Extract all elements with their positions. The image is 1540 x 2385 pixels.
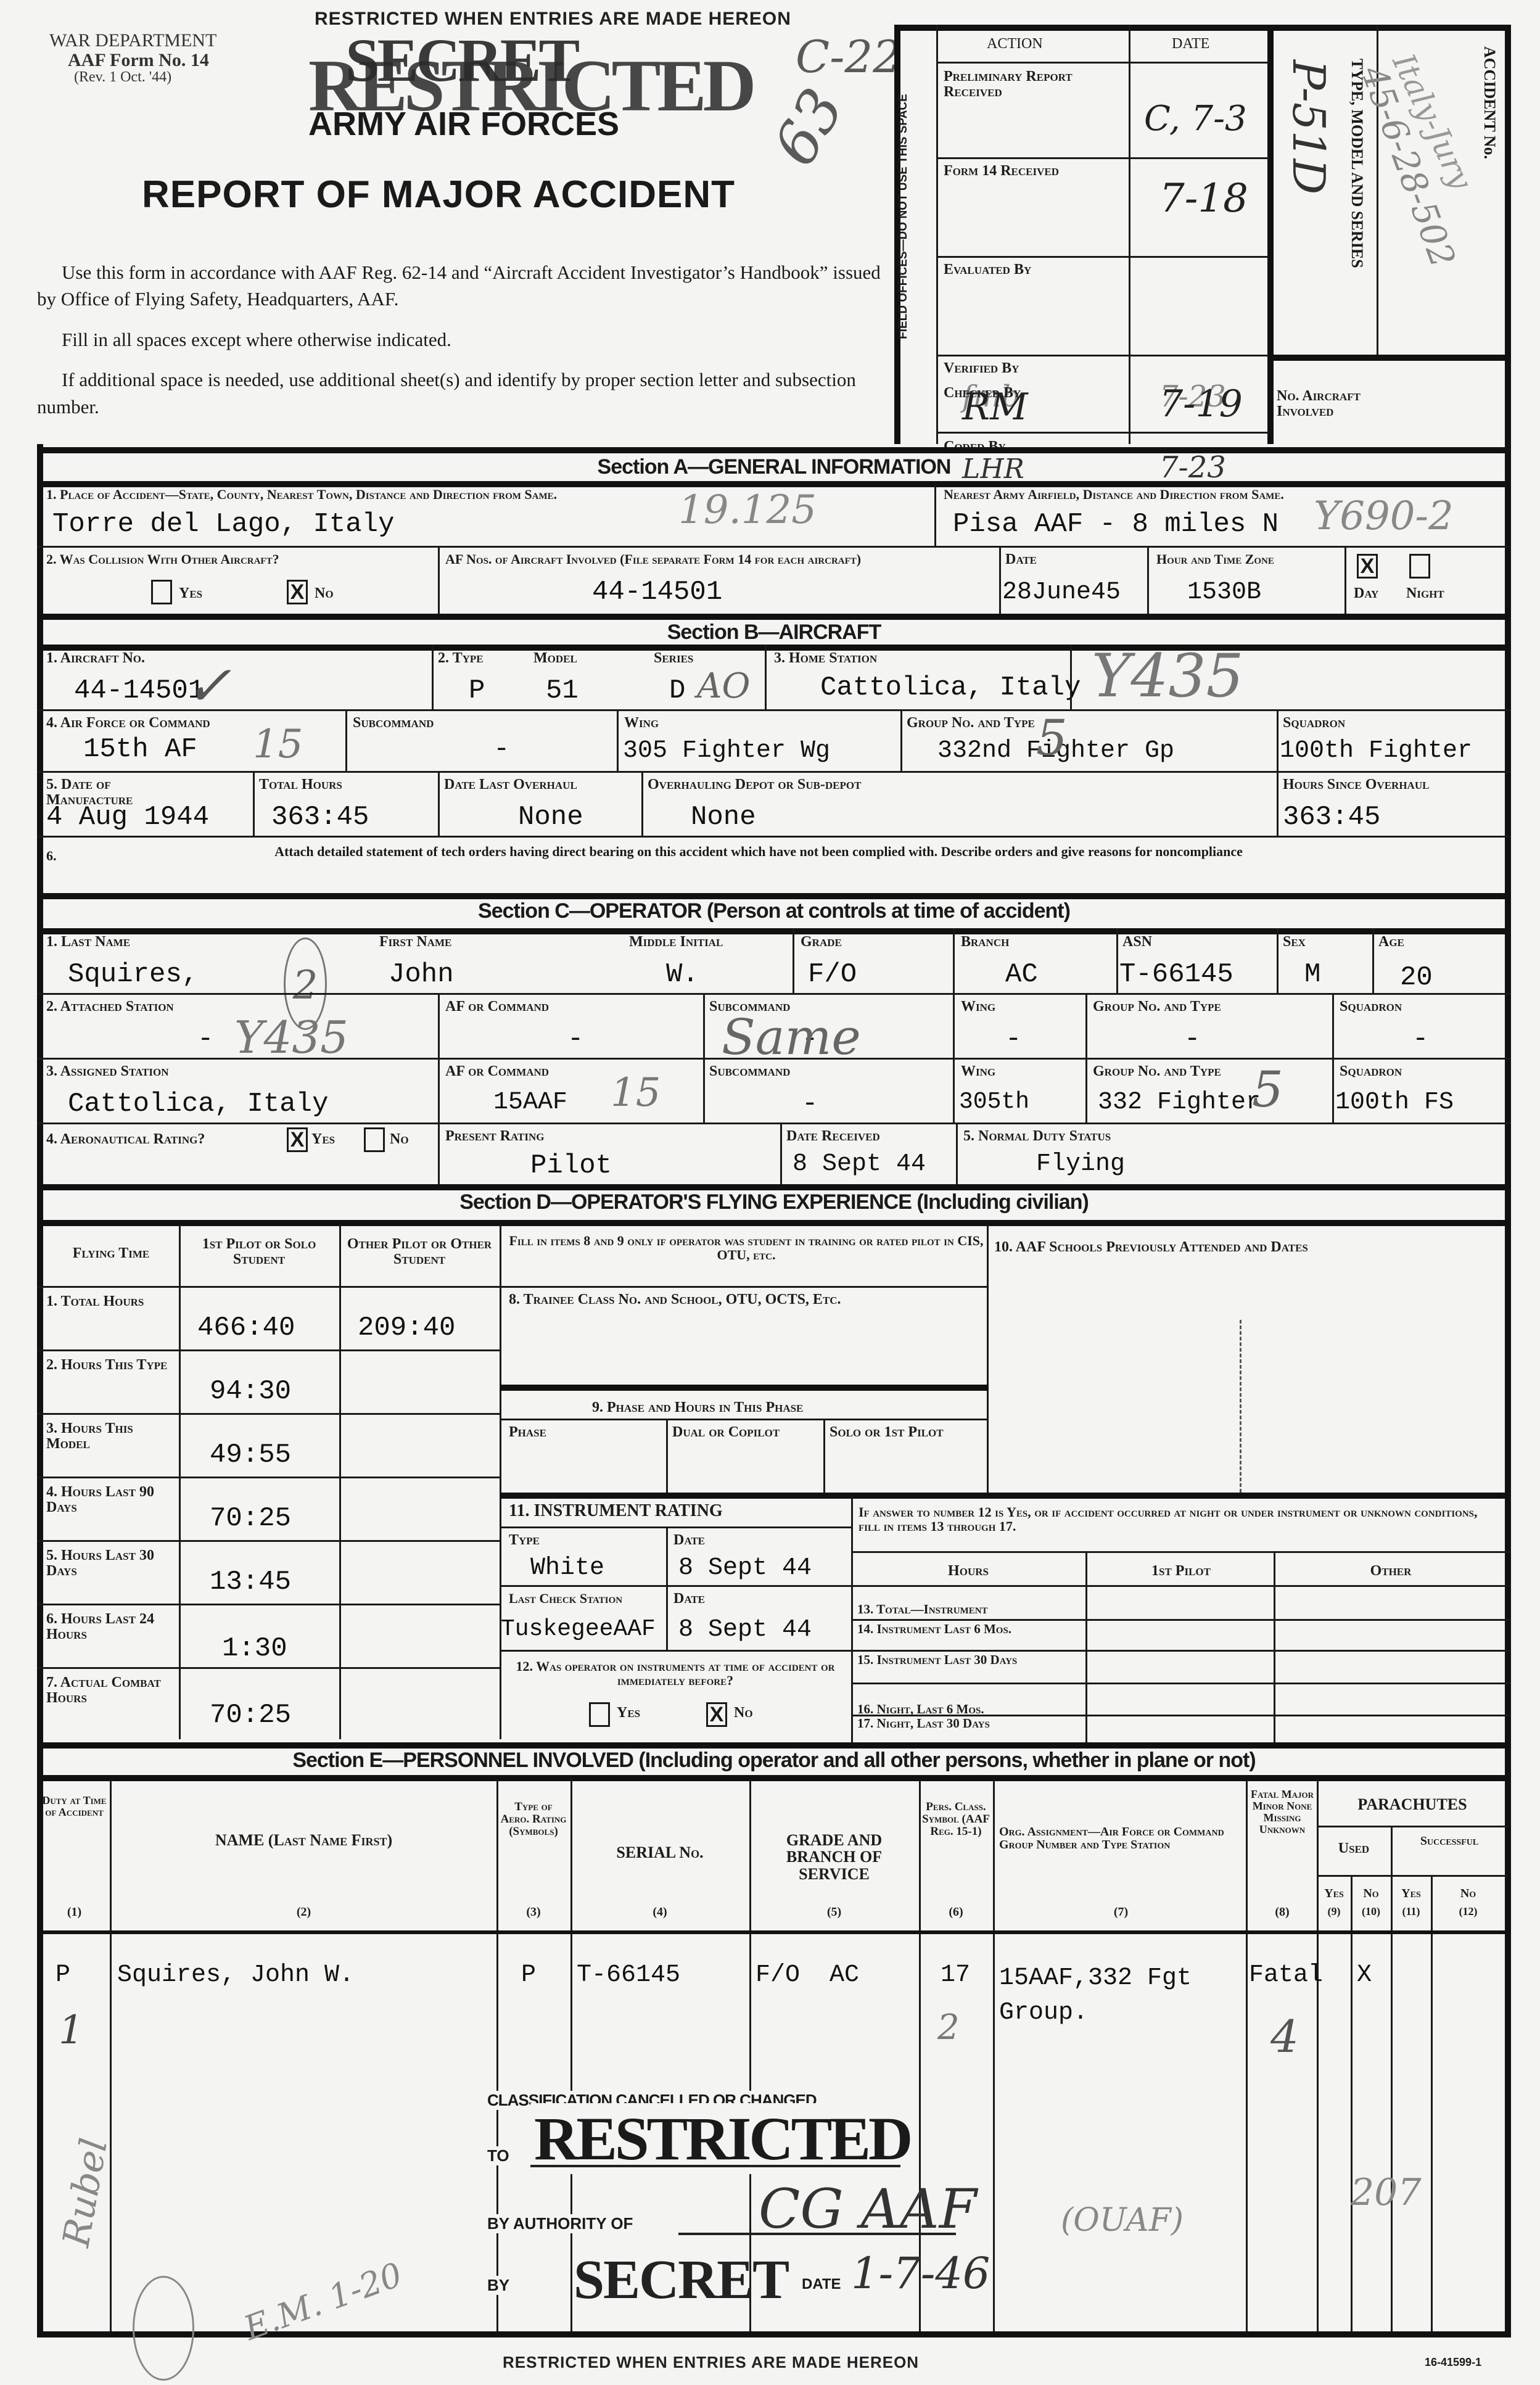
hours-since-overhaul-value: 363:45 [1283, 802, 1380, 833]
declass-by-stamp: SECRET [574, 2248, 788, 2312]
group-annotation: 5 [1036, 709, 1068, 767]
personnel-grade-branch: F/O AC [756, 1961, 859, 1989]
air-force-value: 15th AF [83, 734, 197, 765]
solo-first-pilot-label: Solo or 1st Pilot [830, 1425, 944, 1440]
attached-af-label: AF or Command [445, 999, 549, 1015]
tech-orders-text: Attach detailed statement of tech orders… [80, 844, 1437, 860]
middle-initial-label: Middle Initial [629, 934, 723, 950]
margin-circle-icon [133, 2276, 194, 2381]
accident-date-value: 28June45 [1002, 579, 1121, 606]
assigned-subcommand-value: - [802, 1089, 818, 1119]
age-value: 20 [1400, 962, 1433, 993]
air-force-label: 4. Air Force or Command [46, 715, 210, 731]
instrument-type-label: Type [509, 1533, 540, 1548]
personnel-para-used-no: X [1357, 1961, 1372, 1989]
flying-time-row-label: 7. Actual Combat Hours [46, 1675, 176, 1706]
field-office-box: FIELD OFFICES—DO NOT USE THIS SPACE ACTI… [894, 25, 1511, 444]
hours-column-header: Hours [863, 1563, 1073, 1579]
night-row-30days: 17. Night, Last 30 Days [857, 1716, 1005, 1730]
duty-status-label: 5. Normal Duty Status [963, 1129, 1111, 1144]
col-number: (9) [1319, 1906, 1349, 1917]
group-label: Group No. and Type [907, 715, 1035, 731]
flying-time-row: 6. Hours Last 24 Hours 1:30 [37, 1605, 501, 1669]
place-annotation: 19.125 [678, 487, 817, 533]
flying-time-header: Flying Time [49, 1246, 173, 1261]
assigned-group-label: Group No. and Type [1093, 1064, 1221, 1079]
assigned-wing-value: 305th [959, 1089, 1029, 1115]
personnel-duty: P [56, 1961, 70, 1989]
home-station-value: Cattolica, Italy [820, 672, 1081, 703]
place-of-accident-value: Torre del Lago, Italy [52, 509, 395, 540]
section-d-title: Section D—OPERATOR'S FLYING EXPERIENCE (… [37, 1190, 1511, 1214]
first-name-label: First Name [379, 934, 451, 950]
night-row-6mos: 16. Night, Last 6 Mos. [857, 1702, 984, 1716]
first-pilot-header: 1st Pilot or Solo Student [182, 1237, 336, 1267]
instruction-3: If additional space is needed, use addit… [37, 366, 888, 420]
night-instrument-note: If answer to number 12 is Yes, or if acc… [859, 1505, 1500, 1533]
declass-date-label: DATE [802, 2276, 841, 2293]
items-8-9-note: Fill in items 8 and 9 only if operator w… [509, 1234, 984, 1262]
collision-label: 2. Was Collision With Other Aircraft? [46, 552, 279, 566]
para-used-yes-header: Yes [1319, 1887, 1349, 1900]
attached-squadron-value: - [1412, 1024, 1428, 1055]
personnel-serial: T-66145 [577, 1961, 680, 1989]
field-office-side-label: FIELD OFFICES—DO NOT USE THIS SPACE [897, 81, 910, 352]
instruction-1: Use this form in accordance with AAF Reg… [37, 259, 888, 313]
declass-authority-value: CG AAF [759, 2177, 977, 2241]
nearest-airfield-value: Pisa AAF - 8 miles N [953, 509, 1279, 540]
aircraft-no-label: 1. Aircraft No. [46, 651, 145, 666]
parachutes-successful-header: Successful [1394, 1835, 1505, 1848]
office-row-prelim-date: C, 7-3 [1144, 99, 1247, 139]
present-rating-label: Present Rating [445, 1129, 545, 1144]
tech-orders-number: 6. [46, 848, 57, 864]
col-number: (10) [1353, 1906, 1390, 1917]
series-value: D [669, 675, 685, 706]
last-check-date-value: 8 Sept 44 [678, 1616, 812, 1644]
wing-label: Wing [624, 715, 659, 731]
flying-time-row-label: 4. Hours Last 90 Days [46, 1485, 176, 1515]
col-number: (6) [922, 1906, 990, 1919]
instrument-rating-title: 11. INSTRUMENT RATING [509, 1502, 723, 1520]
inst-row-6mos: 14. Instrument Last 6 Mos. [857, 1622, 1018, 1636]
instructions: Use this form in accordance with AAF Reg… [37, 259, 888, 420]
branch-value: AC [1005, 959, 1038, 990]
aero-rating-no-label: No [390, 1132, 409, 1147]
collision-yes-label: Yes [179, 586, 202, 601]
col-serial-header: SERIAL No. [574, 1844, 746, 1861]
type-model-series-value: P-51D [1283, 60, 1335, 319]
flying-time-row-label: 6. Hours Last 24 Hours [46, 1612, 176, 1642]
last-check-label: Last Check Station [509, 1591, 657, 1605]
attached-wing-value: - [1005, 1024, 1021, 1055]
flying-time-table: 1. Total Hours 466:40 209:40 2. Hours Th… [37, 1288, 501, 1737]
collision-no-label: No [315, 586, 334, 601]
declass-date-value: 1-7-46 [851, 2248, 990, 2299]
flying-time-row: 4. Hours Last 90 Days 70:25 [37, 1478, 501, 1542]
assigned-af-value: 15AAF [493, 1089, 567, 1116]
office-row-checked-date: 7-19 [1159, 382, 1243, 426]
assigned-squadron-value: 100th FS [1335, 1089, 1454, 1116]
type-value: P [469, 675, 485, 706]
assigned-station-annotation: Y435 [234, 1011, 348, 1063]
declass-to-label: TO [487, 2146, 509, 2165]
day-label: Day [1354, 586, 1378, 601]
handwritten-ref: C-22 [796, 31, 901, 83]
assigned-group-annotation: 5 [1252, 1061, 1283, 1118]
section-a-title: Section A—GENERAL INFORMATION [37, 455, 1511, 479]
personnel-name: Squires, John W. [117, 1961, 354, 1989]
hour-timezone-value: 1530B [1187, 579, 1261, 606]
attached-station-label: 2. Attached Station [46, 999, 174, 1015]
phase-hours-title: 9. Phase and Hours in This Phase [592, 1400, 803, 1415]
org-name: ARMY AIR FORCES [308, 105, 619, 143]
parachutes-header: PARACHUTES [1320, 1796, 1505, 1813]
office-row-evaluated-label: Evaluated By [944, 262, 1122, 278]
type-label: 2. Type [438, 651, 484, 666]
assigned-station-label: 3. Assigned Station [46, 1064, 169, 1079]
col-number: (2) [114, 1906, 493, 1919]
total-hours-label: Total Hours [259, 777, 342, 793]
flying-time-row: 1. Total Hours 466:40 209:40 [37, 1288, 501, 1351]
flying-time-row-label: 1. Total Hours [46, 1294, 176, 1309]
col-number: (3) [500, 1906, 567, 1919]
dual-copilot-label: Dual or Copilot [672, 1425, 780, 1440]
flying-time-row-first: 466:40 [197, 1312, 295, 1343]
first-name-value: John [389, 959, 454, 990]
flying-time-row-other: 209:40 [358, 1312, 455, 1343]
night-checkbox[interactable] [1409, 554, 1430, 579]
assigned-af-label: AF or Command [445, 1064, 549, 1079]
action-column-header: ACTION [987, 36, 1043, 52]
form-number: AAF Form No. 14 [49, 51, 216, 70]
other-column-header: Other [1277, 1563, 1505, 1579]
flying-time-row-first: 94:30 [210, 1376, 291, 1407]
col-grade-branch-header: GRADE AND BRANCH OF SERVICE [752, 1832, 916, 1882]
last-name-value: Squires, [68, 959, 198, 990]
flying-time-row-first: 70:25 [210, 1503, 291, 1534]
aero-rating-label: 4. Aeronautical Rating? [46, 1132, 205, 1147]
footer-code: 16-41599-1 [1425, 2356, 1481, 2369]
hour-timezone-label: Hour and Time Zone [1156, 552, 1274, 566]
phase-label: Phase [509, 1425, 546, 1440]
last-overhaul-value: None [518, 802, 583, 833]
last-check-date-label: Date [673, 1591, 705, 1607]
instrument-type-value: White [530, 1554, 604, 1582]
office-row-verified-label: Verified By [944, 361, 1122, 376]
air-force-annotation: 15 [253, 722, 303, 767]
para-succ-yes-header: Yes [1393, 1887, 1430, 1900]
col-aero-rating-header: Type of Aero. Rating (Symbols) [500, 1801, 567, 1838]
instrument-date-label: Date [673, 1533, 705, 1548]
place-of-accident-label: 1. Place of Accident—State, County, Near… [46, 487, 557, 501]
total-hours-value: 363:45 [271, 802, 369, 833]
col-injury-header: Fatal Major Minor None Missing Unknown [1249, 1789, 1316, 1835]
section-b-title: Section B—AIRCRAFT [37, 620, 1511, 645]
q12-no-checkbox[interactable]: X [706, 1702, 727, 1727]
declass-to-value: RESTRICTED [530, 2103, 914, 2174]
overhaul-depot-label: Overhauling Depot or Sub-depot [648, 777, 861, 793]
col-number: (1) [42, 1906, 107, 1919]
other-pilot-header: Other Pilot or Other Student [342, 1237, 496, 1267]
section-c-title: Section C—OPERATOR (Person at controls a… [37, 899, 1511, 923]
date-column-header: DATE [1172, 36, 1209, 52]
flying-time-row: 2. Hours This Type 94:30 [37, 1351, 501, 1415]
flying-time-row: 5. Hours Last 30 Days 13:45 [37, 1542, 501, 1605]
q12-label: 12. Was operator on instruments at time … [509, 1659, 842, 1687]
attached-group-label: Group No. and Type [1093, 999, 1221, 1015]
flying-time-row-label: 3. Hours This Model [46, 1421, 176, 1452]
accident-number-label: ACCIDENT No. [1480, 46, 1499, 244]
page-title: REPORT OF MAJOR ACCIDENT [142, 173, 735, 216]
overhaul-depot-value: None [691, 802, 756, 833]
attached-wing-label: Wing [961, 999, 995, 1015]
declass-authority-label: BY AUTHORITY OF [487, 2214, 633, 2233]
aero-rating-no-checkbox[interactable] [364, 1127, 385, 1152]
injury-annotation: 4 [1270, 2011, 1299, 2062]
date-received-value: 8 Sept 44 [793, 1150, 926, 1178]
attached-squadron-label: Squadron [1340, 999, 1402, 1015]
form-id-block: WAR DEPARTMENT AAF Form No. 14 (Rev. 1 O… [49, 31, 216, 85]
instruction-2: Fill in all spaces except where otherwis… [37, 326, 888, 353]
flying-time-row: 7. Actual Combat Hours 70:25 [37, 1669, 501, 1737]
model-label: Model [533, 651, 577, 666]
age-label: Age [1378, 934, 1404, 950]
attached-group-value: - [1184, 1024, 1200, 1055]
wing-value: 305 Fighter Wg [623, 737, 830, 765]
trainee-class-label: 8. Trainee Class No. and School, OTU, OC… [509, 1292, 841, 1308]
grade-value: F/O [808, 959, 857, 990]
col-duty-header: Duty at Time of Accident [42, 1795, 107, 1818]
airfield-annotation: Y690-2 [1314, 493, 1454, 539]
subcommand-value: - [493, 734, 509, 765]
schools-divider [1240, 1320, 1241, 1493]
declass-authority-note: (OUAF) [1061, 2202, 1184, 2239]
branch-label: Branch [961, 934, 1009, 950]
personnel-org: 15AAF,332 Fgt Group. [999, 1961, 1240, 2030]
col-org-header: Org. Assignment—Air Force or Command Gro… [999, 1826, 1243, 1852]
personnel-injury: Fatal [1249, 1961, 1323, 1989]
collision-no-checkbox[interactable]: X [287, 580, 308, 604]
af-nos-label: AF Nos. of Aircraft Involved (File separ… [445, 552, 988, 566]
personnel-pers-class: 17 [941, 1961, 970, 1989]
attached-station-value: - [197, 1024, 213, 1055]
flying-time-row-first: 1:30 [222, 1633, 287, 1664]
flying-time-row: 3. Hours This Model 49:55 [37, 1415, 501, 1478]
manufacture-date-value: 4 Aug 1944 [46, 802, 209, 833]
col-number: (12) [1433, 1906, 1504, 1917]
parachutes-used-header: Used [1320, 1841, 1388, 1856]
series-label: Series [654, 651, 693, 666]
attached-af-value: - [567, 1024, 583, 1055]
assigned-group-value: 332 Fighter [1098, 1089, 1261, 1116]
sex-label: Sex [1283, 934, 1306, 950]
para-succ-no-header: No [1433, 1887, 1504, 1900]
asn-label: ASN [1122, 934, 1152, 950]
night-label: Night [1406, 586, 1444, 601]
section-e-title: Section E—PERSONNEL INVOLVED (Including … [37, 1749, 1511, 1773]
office-row-form14-date: 7-18 [1159, 176, 1248, 221]
inst-row-30days: 15. Instrument Last 30 Days [857, 1653, 1018, 1666]
date-received-label: Date Received [786, 1129, 880, 1144]
handwritten-number: 63 [760, 77, 857, 177]
office-row-prelim-label: Preliminary Report Received [944, 69, 1122, 100]
squadron-label: Squadron [1283, 715, 1345, 731]
aero-rating-yes-label: Yes [311, 1132, 335, 1147]
q12-yes-label: Yes [617, 1705, 640, 1721]
accident-date-label: Date [1005, 552, 1037, 567]
duty-status-value: Flying [1036, 1150, 1125, 1178]
form-revision: (Rev. 1 Oct. '44) [49, 70, 216, 85]
first-pilot-column-header: 1st Pilot [1089, 1563, 1274, 1579]
collision-yes-checkbox[interactable] [151, 580, 172, 604]
department-label: WAR DEPARTMENT [49, 31, 216, 51]
model-value: 51 [546, 675, 579, 706]
aaf-schools-label: 10. AAF Schools Previously Attended and … [994, 1240, 1308, 1255]
aero-rating-yes-checkbox[interactable]: X [287, 1127, 308, 1152]
declassification-stamp: CLASSIFICATION CANCELLED OR CHANGED TO R… [487, 2091, 1042, 2319]
flying-time-row-first: 13:45 [210, 1567, 291, 1597]
last-name-label: 1. Last Name [46, 934, 130, 950]
col-pers-class-header: Pers. Class. Symbol (AAF Reg. 15-1) [922, 1801, 990, 1838]
col-number: (5) [752, 1906, 916, 1919]
office-row-form14-label: Form 14 Received [944, 163, 1122, 179]
assigned-af-annotation: 15 [611, 1070, 661, 1116]
nearest-airfield-label: Nearest Army Airfield, Distance and Dire… [944, 487, 1284, 501]
assigned-squadron-label: Squadron [1340, 1064, 1402, 1079]
grade-label: Grade [801, 934, 842, 950]
no-aircraft-label: No. Aircraft Involved [1277, 389, 1400, 419]
para-used-no-header: No [1353, 1887, 1390, 1900]
side-annotation: 207 [1351, 2171, 1422, 2214]
last-overhaul-label: Date Last Overhaul [444, 777, 577, 793]
inst-row-total: 13. Total—Instrument [857, 1602, 988, 1616]
col-number: (4) [574, 1906, 746, 1919]
declass-by-label: BY [487, 2276, 509, 2295]
q12-yes-checkbox[interactable] [589, 1702, 610, 1727]
series-annotation: AO [697, 666, 750, 706]
col-number: (11) [1393, 1906, 1430, 1917]
col-name-header: NAME (Last Name First) [114, 1832, 493, 1848]
sex-value: M [1304, 959, 1320, 990]
personnel-aero-rating: P [521, 1961, 536, 1989]
col-number: (7) [999, 1906, 1243, 1919]
home-station-label: 3. Home Station [774, 651, 877, 666]
assigned-wing-label: Wing [961, 1064, 995, 1079]
bottom-restricted-banner: RESTRICTED WHEN ENTRIES ARE MADE HEREON [503, 2353, 919, 2372]
office-row-checked-by: RM [962, 385, 1028, 429]
day-checkbox[interactable]: X [1357, 554, 1378, 579]
col-number: (8) [1249, 1906, 1316, 1919]
hours-since-overhaul-label: Hours Since Overhaul [1283, 777, 1429, 793]
af-nos-value: 44-14501 [592, 577, 722, 608]
instrument-date-value: 8 Sept 44 [678, 1554, 812, 1582]
flying-time-row-label: 2. Hours This Type [46, 1357, 176, 1373]
duty-annotation: 1 [59, 2008, 84, 2053]
last-check-value: TuskegeeAAF [501, 1616, 656, 1642]
pers-class-annotation: 2 [937, 2008, 960, 2048]
present-rating-value: Pilot [530, 1150, 612, 1181]
margin-signature: Rubel [55, 2135, 117, 2250]
middle-initial-value: W. [666, 959, 699, 990]
subcommand-label: Subcommand [353, 715, 434, 731]
asn-value: T-66145 [1119, 959, 1233, 990]
assigned-station-value: Cattolica, Italy [68, 1089, 328, 1119]
home-station-annotation: Y435 [1092, 641, 1244, 711]
flying-time-row-first: 70:25 [210, 1700, 291, 1731]
flying-time-row-first: 49:55 [210, 1440, 291, 1470]
q12-no-label: No [734, 1705, 753, 1721]
assigned-subcommand-label: Subcommand [709, 1064, 790, 1079]
squadron-value: 100th Fighter [1280, 737, 1472, 765]
flying-time-row-label: 5. Hours Last 30 Days [46, 1548, 176, 1579]
